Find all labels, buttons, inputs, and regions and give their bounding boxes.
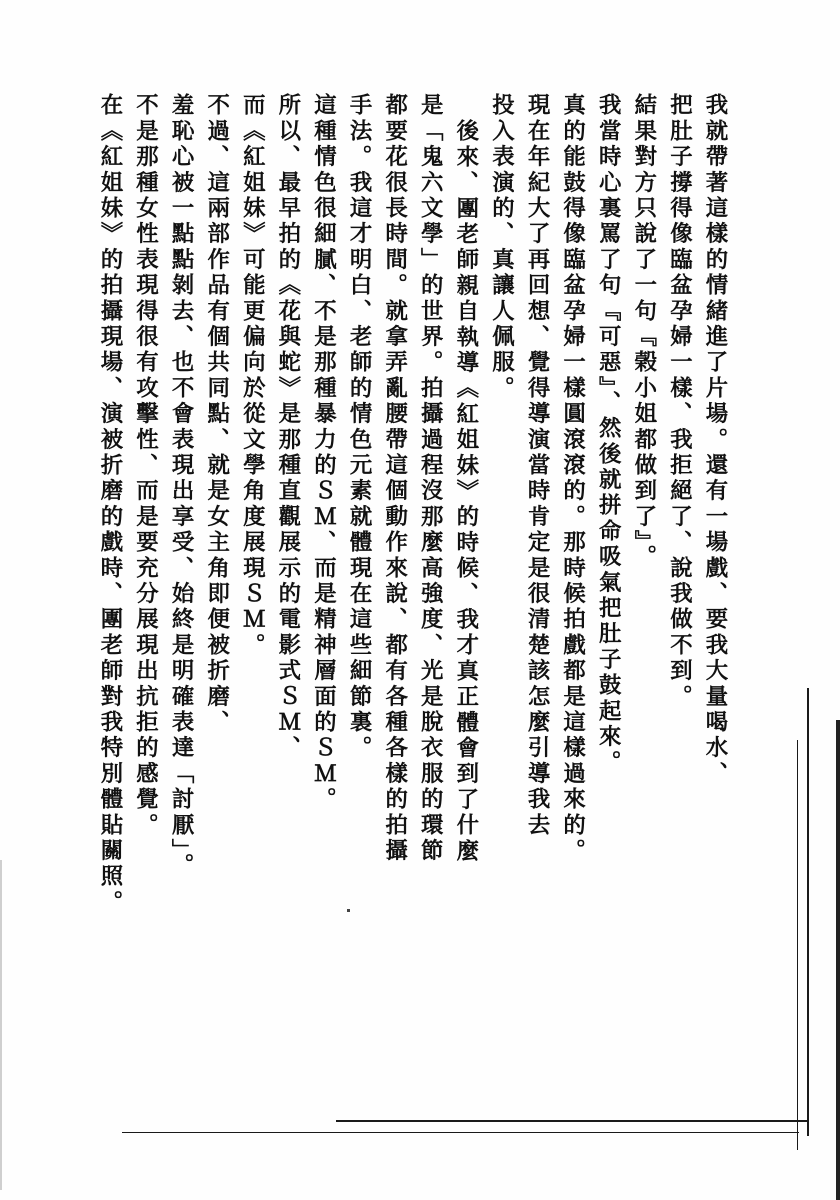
vertical-text-body: 我就帶著這樣的情緒進了片場。還有一場戲、要我大量喝水、 把肚子撐得像臨盆孕婦一樣… — [91, 93, 732, 993]
text-column-13: 所以、最早拍的《花與蛇》是那種直觀展示的電影式ＳＭ、 — [269, 93, 305, 993]
text-column-2: 把肚子撐得像臨盆孕婦一樣、我拒絕了、說我做不到。 — [661, 93, 697, 993]
book-page: 我就帶著這樣的情緒進了片場。還有一場戲、要我大量喝水、 把肚子撐得像臨盆孕婦一樣… — [0, 0, 840, 1200]
text-column-16: 羞恥心被一點點剝去、也不會表現出享受、始終是明確表達「討厭」。 — [163, 93, 199, 993]
text-column-11: 手法。我這才明白、老師的情色元素就體現在這些細節裏。 — [340, 93, 376, 993]
text-column-9: 是「鬼六文學」的世界。拍攝過程沒那麼高強度、光是脫衣服的環節 — [412, 93, 448, 993]
frame-line-vertical-outer — [807, 688, 809, 1136]
text-column-1: 我就帶著這樣的情緒進了片場。還有一場戲、要我大量喝水、 — [696, 93, 732, 993]
text-column-14: 而《紅姐妹》可能更偏向於從文學角度展現ＳＭ。 — [234, 93, 270, 993]
text-column-8-paragraph-start: 後來、團老師親自執導《紅姐妹》的時候、我才真正體會到了什麼 — [447, 93, 483, 993]
text-column-17: 不是那種女性表現得很有攻擊性、而是要充分展現出抗拒的感覺。 — [127, 93, 163, 993]
frame-line-horizontal-outer — [336, 1120, 809, 1122]
frame-line-horizontal-inner — [122, 1132, 799, 1133]
text-column-4: 我當時心裏罵了句『可惡』、然後就拼命吸氣把肚子鼓起來。 — [590, 93, 626, 993]
text-column-15: 不過、這兩部作品有個共同點、就是女主角即便被折磨、 — [198, 93, 234, 993]
text-column-6: 現在年紀大了再回想、覺得導演當時肯定是很清楚該怎麼引導我去 — [518, 93, 554, 993]
scan-edge-left — [0, 860, 2, 1190]
text-column-5: 真的能鼓得像臨盆孕婦一樣圓滾滾的。那時候拍戲都是這樣過來的。 — [554, 93, 590, 993]
scan-speck — [347, 909, 350, 912]
text-column-12: 這種情色很細膩、不是那種暴力的ＳＭ、而是精神層面的ＳＭ。 — [305, 93, 341, 993]
scan-edge-right — [836, 720, 840, 1200]
text-column-10: 都要花很長時間。就拿弄亂腰帶這個動作來說、都有各種各樣的拍攝 — [376, 93, 412, 993]
frame-line-vertical-inner — [797, 740, 798, 1150]
text-column-7: 投入表演的、真讓人佩服。 — [483, 93, 519, 993]
text-column-3: 結果對方只說了一句『榖小姐都做到了』。 — [625, 93, 661, 993]
text-column-18: 在《紅姐妹》的拍攝現場、演被折磨的戲時、團老師對我特別體貼關照。 — [91, 93, 127, 993]
